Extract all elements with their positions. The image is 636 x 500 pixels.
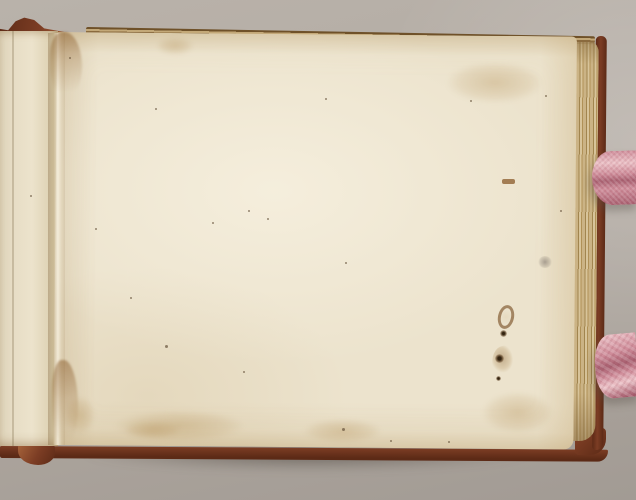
- dot-stain: [495, 354, 504, 363]
- paper-speck: [448, 441, 450, 443]
- stain-layer: [0, 0, 636, 500]
- paper-speck: [248, 210, 250, 212]
- paper-speck: [95, 228, 97, 230]
- paper-speck: [130, 297, 132, 299]
- fox-stain: [290, 415, 395, 447]
- paper-speck: [30, 195, 32, 197]
- paper-speck: [545, 95, 547, 97]
- paper-speck: [243, 371, 245, 373]
- fox-stain: [150, 34, 200, 58]
- photo-open-book: [0, 0, 636, 500]
- dot-stain: [500, 330, 507, 337]
- fox-stain: [60, 390, 100, 440]
- paper-speck: [560, 210, 562, 212]
- paper-speck: [155, 108, 157, 110]
- fox-stain: [115, 418, 190, 442]
- paper-speck: [470, 100, 472, 102]
- dash-stain: [502, 179, 515, 184]
- paper-speck: [212, 222, 214, 224]
- paper-speck: [390, 440, 392, 442]
- fox-stain: [470, 385, 565, 440]
- fox-stain: [430, 55, 560, 110]
- paper-speck: [69, 57, 71, 59]
- paper-speck: [267, 218, 269, 220]
- book: [0, 0, 636, 500]
- paper-speck: [342, 428, 345, 431]
- ring-stain: [496, 304, 517, 331]
- streak-stain: [50, 32, 82, 96]
- paper-speck: [345, 262, 347, 264]
- ribbon-marker-top: [591, 150, 636, 206]
- blob-stain: [489, 344, 520, 382]
- smudge-stain: [538, 256, 552, 268]
- dot-stain: [496, 376, 501, 381]
- paper-speck: [165, 345, 168, 348]
- paper-speck: [325, 98, 327, 100]
